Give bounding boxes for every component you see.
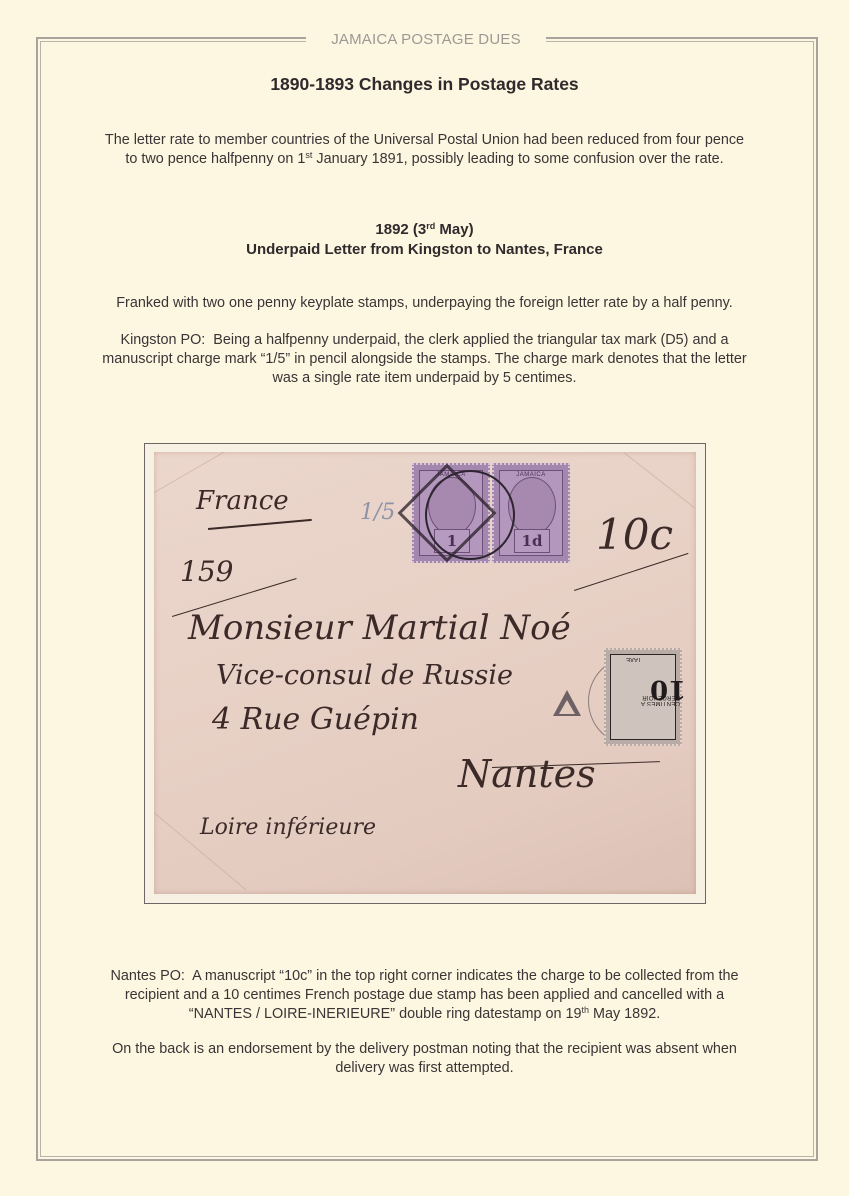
- album-header: JAMAICA POSTAGE DUES: [306, 30, 546, 50]
- stamp-type: TAXE: [626, 656, 641, 662]
- manuscript-france: France: [196, 486, 289, 516]
- kingston-line-3: was a single rate item underpaid by 5 ce…: [56, 369, 793, 388]
- back-line-1: On the back is an endorsement by the del…: [64, 1040, 785, 1059]
- triangular-tax-mark-inner: [559, 700, 575, 714]
- date-text: May): [435, 221, 473, 238]
- intro-paragraph: The letter rate to member countries of t…: [60, 131, 789, 169]
- kingston-line-1: Kingston PO: Being a halfpenny underpaid…: [56, 331, 793, 350]
- intro-text: January 1891, possibly leading to some c…: [312, 151, 723, 167]
- manuscript-address-line-2: Vice-consul de Russie: [216, 660, 513, 691]
- pencil-charge-mark: 1/5: [360, 500, 395, 525]
- queen-portrait: [508, 477, 556, 535]
- nantes-label: Nantes PO:: [111, 968, 185, 984]
- kingston-label: Kingston PO:: [121, 332, 206, 348]
- flap-crease: [623, 452, 695, 508]
- item-subtitle: Underpaid Letter from Kingston to Nantes…: [0, 240, 849, 260]
- nantes-line-2: recipient and a 10 centimes French posta…: [64, 986, 785, 1005]
- stamp-text: CENTIMES A PERCEVOIR: [612, 694, 680, 706]
- ordinal-suffix: th: [581, 1005, 589, 1015]
- stamp-value: 1d: [514, 529, 550, 553]
- intro-line-1: The letter rate to member countries of t…: [60, 131, 789, 150]
- manuscript-city: Nantes: [458, 752, 596, 796]
- date-text: 1892 (3: [375, 221, 426, 238]
- kingston-text: Being a halfpenny underpaid, the clerk a…: [213, 332, 728, 348]
- kingston-line-2: manuscript charge mark “1/5” in pencil a…: [56, 350, 793, 369]
- manuscript-reference: 159: [180, 555, 233, 588]
- nantes-line-3: “NANTES / LOIRE-INERIEURE” double ring d…: [64, 1005, 785, 1024]
- manuscript-addressee: Monsieur Martial Noé: [188, 608, 571, 648]
- nantes-paragraph: Nantes PO: A manuscript “10c” in the top…: [64, 967, 785, 1024]
- nantes-line-1: Nantes PO: A manuscript “10c” in the top…: [64, 967, 785, 986]
- manuscript-charge: 10c: [596, 510, 673, 559]
- intro-text: to two pence halfpenny on 1: [125, 151, 305, 167]
- manuscript-region: Loire inférieure: [200, 815, 376, 840]
- ordinal-suffix: rd: [426, 221, 435, 231]
- back-line-2: delivery was first attempted.: [64, 1059, 785, 1078]
- page-title: 1890-1893 Changes in Postage Rates: [0, 74, 849, 95]
- nantes-text: “NANTES / LOIRE-INERIEURE” double ring d…: [189, 1006, 582, 1022]
- kingston-datestamp: [425, 470, 515, 560]
- back-paragraph: On the back is an endorsement by the del…: [64, 1040, 785, 1078]
- nantes-text: A manuscript “10c” in the top right corn…: [192, 968, 738, 984]
- nantes-text: May 1892.: [589, 1006, 660, 1022]
- manuscript-address-line-3: 4 Rue Guépin: [212, 702, 419, 737]
- item-date: 1892 (3rd May): [0, 220, 849, 240]
- kingston-paragraph: Kingston PO: Being a halfpenny underpaid…: [56, 331, 793, 388]
- intro-line-2: to two pence halfpenny on 1st January 18…: [60, 150, 789, 169]
- franking-paragraph: Franked with two one penny keyplate stam…: [60, 294, 789, 313]
- page-bottom-edge: [0, 1196, 849, 1200]
- france-postage-due-stamp: TAXE 10 CENTIMES A PERCEVOIR: [604, 648, 682, 746]
